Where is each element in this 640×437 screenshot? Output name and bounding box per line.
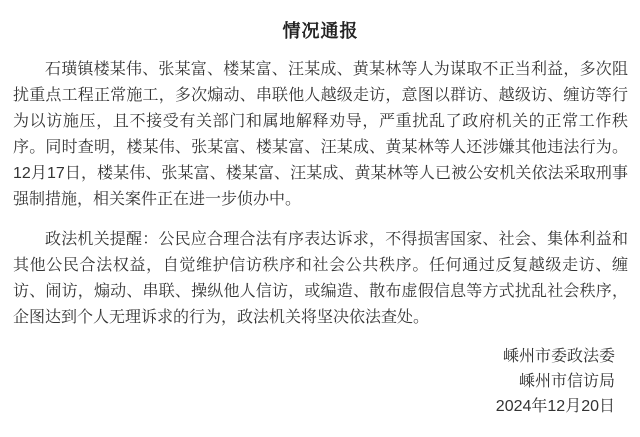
signature-block: 嵊州市委政法委 嵊州市信访局 2024年12月20日 xyxy=(13,344,628,419)
notice-page: 情况通报 石璜镇楼某伟、张某富、楼某富、汪某成、黄某林等人为谋取不正当利益，多次… xyxy=(0,0,640,437)
signature-org-letters-visits-bureau: 嵊州市信访局 xyxy=(13,369,615,394)
signature-org-politics-law-committee: 嵊州市委政法委 xyxy=(13,344,615,369)
notice-paragraph-facts: 石璜镇楼某伟、张某富、楼某富、汪某成、黄某林等人为谋取不正当利益，多次阻扰重点工… xyxy=(13,57,628,213)
signature-date: 2024年12月20日 xyxy=(13,394,615,419)
notice-paragraph-reminder: 政法机关提醒：公民应合理合法有序表达诉求，不得损害国家、社会、集体利益和其他公民… xyxy=(13,227,628,331)
notice-title: 情况通报 xyxy=(13,19,628,43)
